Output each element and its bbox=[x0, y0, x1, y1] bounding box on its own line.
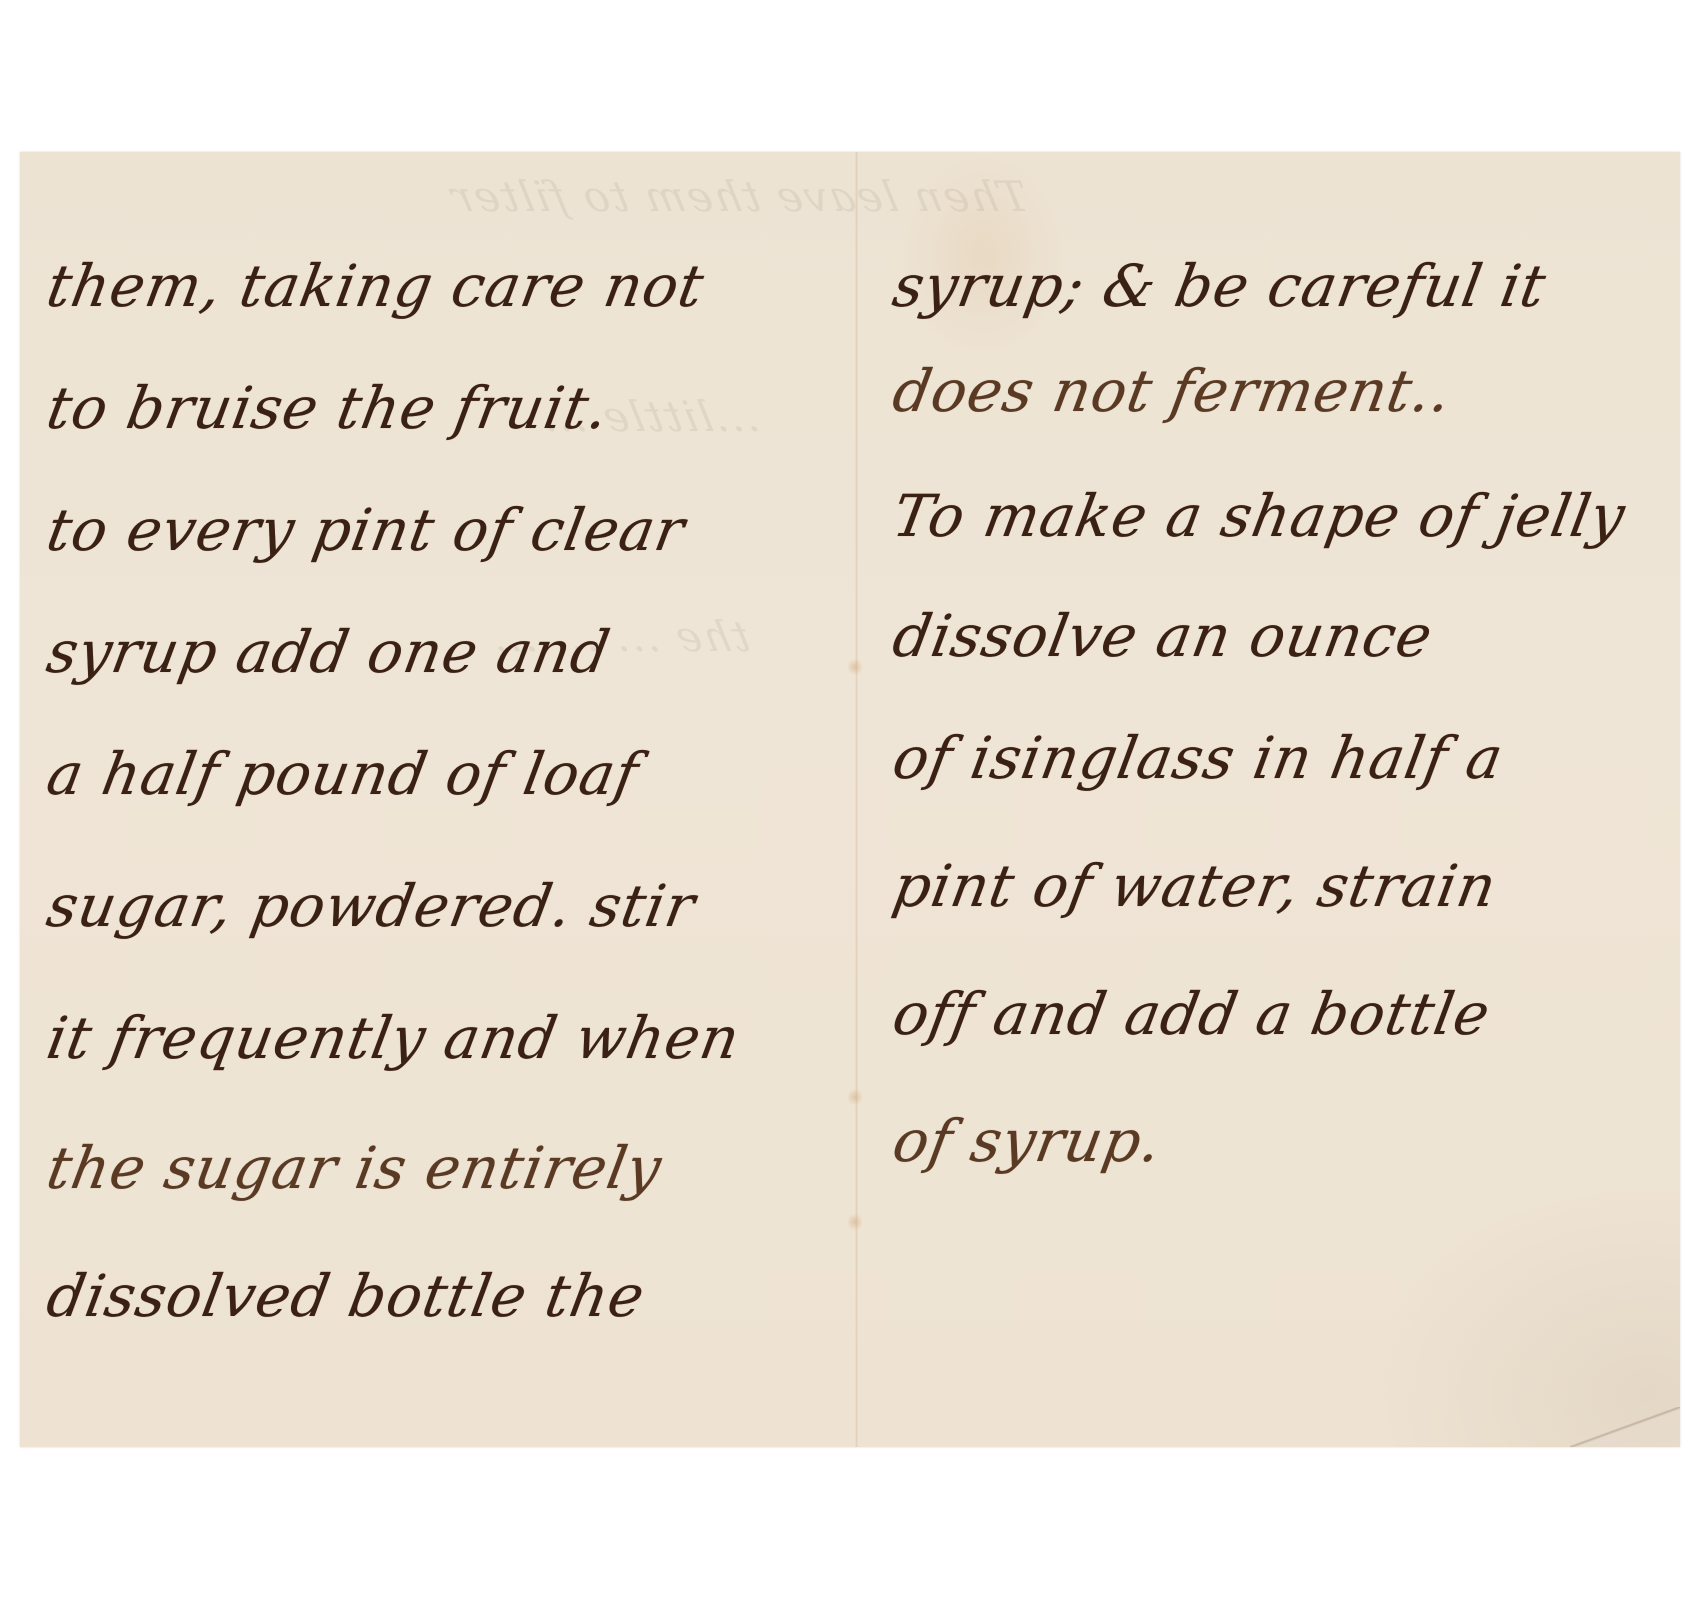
handwritten-line: to bruise the fruit. bbox=[42, 374, 614, 442]
handwritten-line: them, taking care not bbox=[42, 252, 709, 320]
corner-crease bbox=[1570, 1407, 1680, 1447]
handwritten-line: the sugar is entirely bbox=[42, 1134, 667, 1202]
handwritten-line: off and add a bottle bbox=[888, 980, 1496, 1048]
handwritten-line: to every pint of clear bbox=[42, 496, 690, 564]
handwritten-line: sugar, powdered. stir bbox=[42, 872, 701, 940]
handwritten-line: of syrup. bbox=[888, 1107, 1167, 1175]
left-page: them, taking care not to bruise the frui… bbox=[20, 152, 855, 1447]
handwritten-line: pint of water, strain bbox=[888, 852, 1502, 920]
handwritten-line: To make a shape of jelly bbox=[888, 482, 1631, 550]
handwritten-line: syrup add one and bbox=[42, 618, 616, 686]
handwritten-line: syrup; & be careful it bbox=[888, 252, 1551, 320]
letter-sheet: Then leave them to filter ...little ... … bbox=[20, 152, 1680, 1447]
handwritten-line: does not ferment.. bbox=[888, 357, 1457, 425]
handwritten-line: dissolved bottle the bbox=[42, 1262, 650, 1330]
handwritten-line: of isinglass in half a bbox=[888, 724, 1509, 792]
handwritten-line: a half pound of loaf bbox=[42, 740, 644, 808]
handwritten-line: dissolve an ounce bbox=[888, 602, 1438, 670]
handwritten-line: it frequently and when bbox=[42, 1004, 745, 1072]
right-page: syrup; & be careful it does not ferment.… bbox=[858, 152, 1680, 1447]
